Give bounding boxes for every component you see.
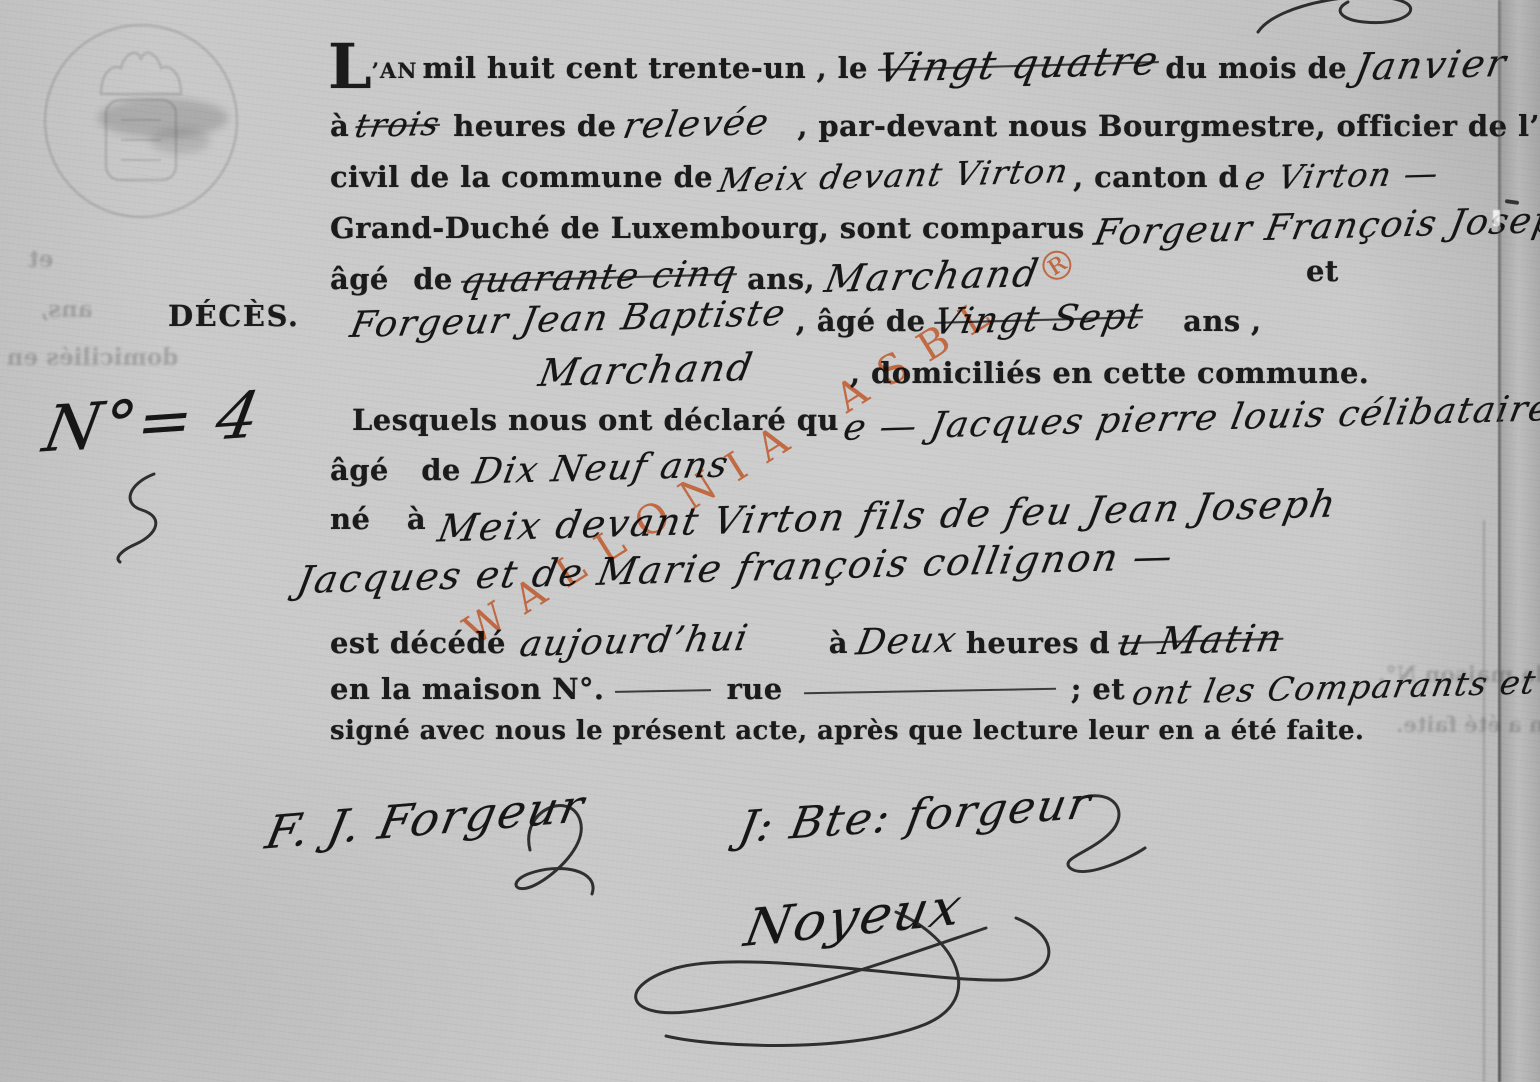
printed-text: en la maison N°. — [330, 672, 604, 706]
signature-grand-flourish — [596, 908, 1096, 1062]
printed-text: et — [1306, 254, 1339, 288]
page-edge-shadow — [1501, 0, 1540, 1082]
printed-text: heures de — [453, 109, 616, 143]
printed-text: à — [330, 109, 349, 143]
dropcap-letter: L — [328, 30, 372, 103]
printed-text: signé avec nous le présent acte, après q… — [330, 716, 1364, 746]
handwritten-declarant-1: Forgeur François Joseph — [1091, 199, 1540, 254]
body-line-3: civil de la commune de Meix devant Virto… — [330, 156, 1439, 195]
blank-rule — [804, 684, 1056, 694]
body-line-14: signé avec nous le présent acte, après q… — [330, 716, 1364, 746]
body-line-8: Lesquels nous ont déclaré qu e — Jacques… — [352, 398, 1540, 439]
body-line-4: Grand-Duché de Luxembourg, sont comparus… — [330, 206, 1540, 247]
handwritten-death-period: u Matin — [1115, 616, 1288, 665]
body-line-13: en la maison N°. rue ; et ont les Compar… — [330, 668, 1535, 707]
handwritten-commune: Meix devant Virton — [716, 151, 1073, 200]
page-fold-line — [1498, 0, 1501, 1082]
printed-text: âgé de — [330, 453, 461, 487]
printed-text: ; et — [1071, 672, 1125, 706]
bleedthrough-text: domiciliés en cette commune. — [0, 344, 178, 371]
blank-rule — [615, 685, 711, 693]
ink-flourish — [108, 470, 178, 569]
handwritten-text: relevée — [619, 102, 772, 147]
body-line-11: Jacques et de Marie françois collignon — — [300, 546, 1171, 590]
paper-nick — [1493, 210, 1500, 226]
handwritten-hour: trois — [352, 104, 444, 145]
printed-text: , par-devant nous Bourgmestre, officier … — [797, 109, 1540, 143]
printed-text: né à — [330, 502, 426, 536]
printed-text: ans , — [1183, 304, 1261, 338]
printed-text: civil de la commune de — [330, 160, 713, 194]
body-line-10: né à Meix devant Virton fils de feu Jean… — [330, 494, 1335, 538]
page-fold-line — [1483, 520, 1485, 1082]
printed-text: mil huit cent trente-un , le — [423, 51, 868, 85]
handwritten-canton: e Virton — — [1242, 153, 1443, 197]
handwritten-declarant-2: Forgeur Jean Baptiste — [347, 293, 790, 346]
printed-text: ans, — [747, 262, 815, 296]
body-line-2: à trois heures de relevée , par-devant n… — [330, 104, 1540, 145]
body-line-5-et: et — [1306, 254, 1339, 288]
handwritten-profession: Marchand — [535, 345, 757, 395]
printed-text: ’AN — [372, 58, 418, 83]
signature-paraph — [500, 790, 630, 914]
handwritten-death-hour: Deux — [853, 620, 961, 664]
bleedthrough-text: et — [28, 246, 53, 273]
handwritten-text: ont les Comparants et — [1129, 662, 1540, 712]
signature-paraph — [1040, 788, 1150, 882]
body-line-5: âgé de quarante cinq ans, Marchand — [330, 254, 1039, 298]
handwritten-day: Vingt quatre — [874, 38, 1163, 92]
handwritten-death-day: aujourd’hui — [517, 618, 753, 665]
ink-flourish — [1252, 0, 1432, 44]
printed-text: du mois de — [1165, 51, 1347, 85]
body-line-6: Forgeur Jean Baptiste , âgé de Vingt Sep… — [352, 299, 1262, 340]
printed-text: heures d — [966, 626, 1110, 660]
bleedthrough-text: ans, — [40, 296, 93, 323]
handwritten-month: Janvier — [1352, 41, 1512, 89]
printed-text: âgé de — [330, 262, 453, 296]
printed-text: , canton d — [1073, 160, 1239, 194]
body-line-1: L’AN mil huit cent trente-un , le Vingt … — [328, 42, 1507, 88]
printed-text: rue — [727, 672, 783, 706]
act-type-label: DÉCÈS. — [168, 299, 299, 333]
signature-2: J: Bte: forgeur — [742, 790, 1089, 841]
printed-text: Grand-Duché de Luxembourg, sont comparus — [330, 211, 1085, 245]
ink-smudge — [150, 128, 210, 154]
printed-text: à — [829, 626, 848, 660]
